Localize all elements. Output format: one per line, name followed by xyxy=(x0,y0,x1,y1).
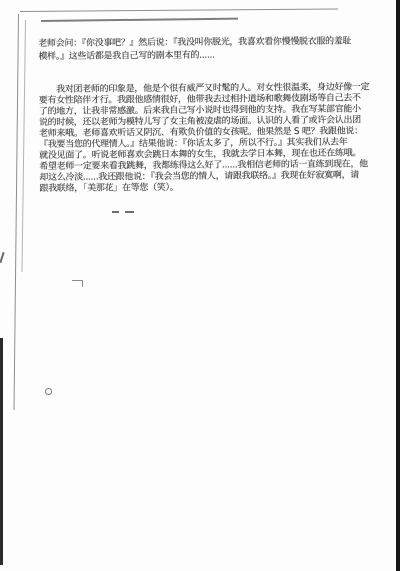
pen-dash-mark-2 xyxy=(125,211,134,213)
paragraph-main-recollection: 我对团老师的印象是，他是个很有威严又时髦的人。对女性很温柔，身边好像一定要有女性… xyxy=(39,82,370,195)
pen-dash-mark-1 xyxy=(112,211,119,213)
scanned-document-page: 老师会问：『你没事吧？』然后说：『我没叫你脱光，我喜欢看你慢慢脱衣服的羞耻模样。… xyxy=(0,0,400,571)
text-line: 老师会问：『你没事吧？』然后说：『我没叫你脱光，我喜欢看你慢慢脱衣服的羞耻 xyxy=(38,36,351,51)
scan-artifact-tick xyxy=(0,252,4,263)
scanner-edge-bar-left xyxy=(0,338,3,565)
page-edge-top-outer xyxy=(20,9,338,13)
page-edge-left-outer xyxy=(13,14,19,410)
scanner-edge-bar-right xyxy=(396,0,400,571)
page-edge-top-inner xyxy=(41,18,238,22)
text-line: 模样。』这些话都是我自己写的剧本里有的...... xyxy=(38,49,351,64)
page-edge-left-inner xyxy=(21,20,26,272)
text-line: 跟我联络，「美那花」在等您（笑）。 xyxy=(39,181,370,195)
pen-circle-mark xyxy=(45,388,52,395)
paragraph-opening-quote: 老师会问：『你没事吧？』然后说：『我没叫你脱光，我喜欢看你慢慢脱衣服的羞耻模样。… xyxy=(38,36,351,64)
pen-corner-bracket-mark xyxy=(72,280,83,287)
